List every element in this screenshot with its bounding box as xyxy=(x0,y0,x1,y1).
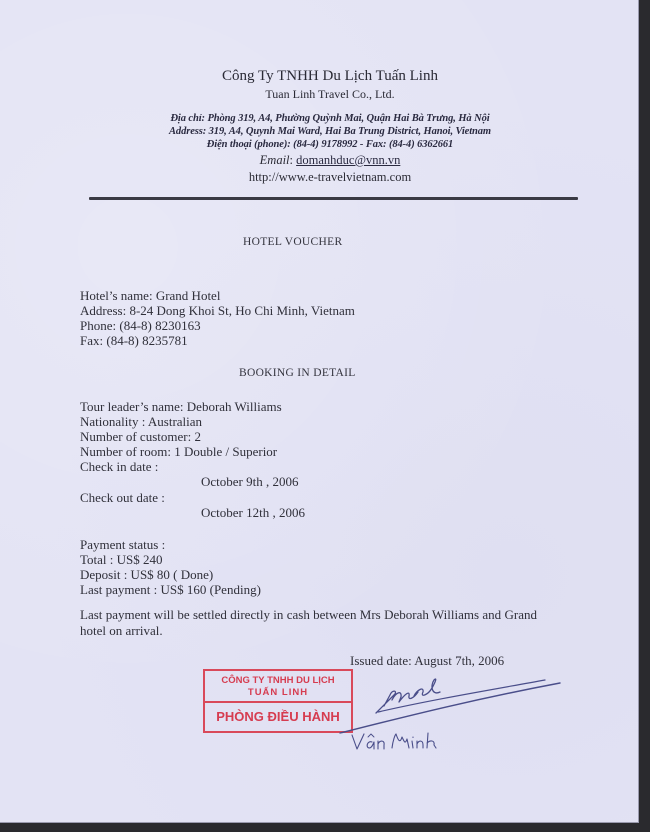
hotel-fax: Fax: (84-8) 8235781 xyxy=(80,333,188,348)
company-website[interactable]: http://www.e-travelvietnam.com xyxy=(0,170,650,185)
hotel-phone: Phone: (84-8) 8230163 xyxy=(80,318,201,333)
payment-last: Last payment : US$ 160 (Pending) xyxy=(80,582,261,597)
stamp-company-line: CÔNG TY TNHH DU LỊCH xyxy=(205,675,351,686)
check-out-date: October 12th , 2006 xyxy=(201,505,305,520)
payment-status-label: Payment status : xyxy=(80,537,165,552)
check-out-label: Check out date : xyxy=(80,490,165,505)
company-name-vn: Công Ty TNHH Du Lịch Tuấn Linh xyxy=(0,68,650,85)
company-address-en: Address: 319, A4, Quynh Mai Ward, Hai Ba… xyxy=(0,126,650,137)
payment-deposit: Deposit : US$ 80 ( Done) xyxy=(80,567,213,582)
payment-note: Last payment will be settled directly in… xyxy=(80,607,537,639)
check-in-date: October 9th , 2006 xyxy=(201,474,298,489)
voucher-title: HOTEL VOUCHER xyxy=(243,236,342,248)
check-in-label: Check in date : xyxy=(80,459,158,474)
company-address-vn: Địa chỉ: Phòng 319, A4, Phường Quỳnh Mai… xyxy=(0,113,650,124)
stamp-department-line: PHÒNG ĐIỀU HÀNH xyxy=(205,709,351,724)
stamp-name-line: TUẤN LINH xyxy=(205,687,351,698)
company-phone-fax: Điện thoại (phone): (84-4) 9178992 - Fax… xyxy=(0,139,650,150)
voucher-page: Công Ty TNHH Du Lịch Tuấn Linh Tuan Linh… xyxy=(0,0,639,823)
tour-leader: Tour leader’s name: Deborah Williams xyxy=(80,399,282,414)
email-label: Email xyxy=(260,153,290,167)
issued-date: Issued date: August 7th, 2006 xyxy=(350,653,504,669)
company-email: Email: domanhduc@vnn.vn xyxy=(0,153,650,168)
email-link[interactable]: domanhduc@vnn.vn xyxy=(296,153,400,167)
booking-title: BOOKING IN DETAIL xyxy=(239,367,356,379)
payment-total: Total : US$ 240 xyxy=(80,552,163,567)
number-of-rooms: Number of room: 1 Double / Superior xyxy=(80,444,277,459)
number-of-customers: Number of customer: 2 xyxy=(80,429,201,444)
stamp-divider xyxy=(205,701,351,703)
hotel-address: Address: 8-24 Dong Khoi St, Ho Chi Minh,… xyxy=(80,303,355,318)
company-name-en: Tuan Linh Travel Co., Ltd. xyxy=(0,87,650,102)
nationality: Nationality : Australian xyxy=(80,414,202,429)
header-divider xyxy=(89,197,578,200)
company-stamp: CÔNG TY TNHH DU LỊCH TUẤN LINH PHÒNG ĐIỀ… xyxy=(203,669,353,733)
hotel-name: Hotel’s name: Grand Hotel xyxy=(80,288,220,303)
